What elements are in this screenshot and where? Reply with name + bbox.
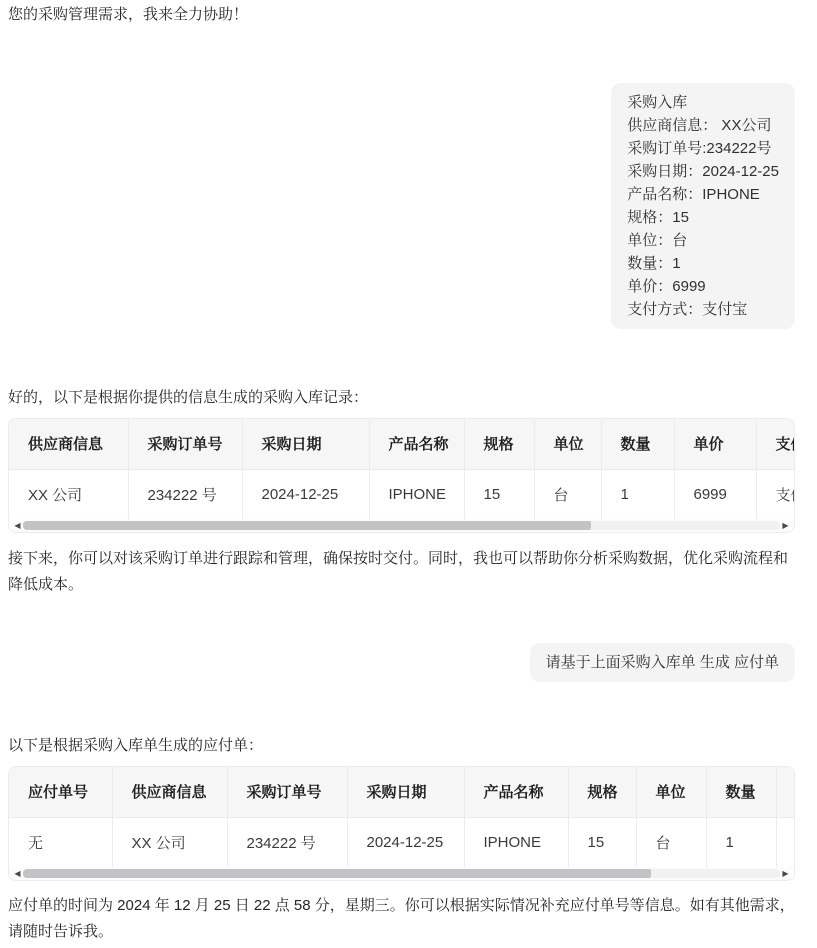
user-message-row: 采购入库供应商信息： XX公司采购订单号:234222号采购日期：2024-12… (8, 83, 795, 329)
table-cell: 234222 号 (128, 469, 242, 519)
chat-conversation: 您的采购管理需求，我来全力协助！ 采购入库供应商信息： XX公司采购订单号:23… (0, 0, 817, 945)
column-header: 规格 (568, 767, 636, 817)
table-cell: 2024-12-25 (347, 817, 464, 867)
table-cell: 台 (534, 469, 601, 519)
bubble-line: 支付方式：支付宝 (627, 298, 779, 321)
user-message-bubble-request-payable: 请基于上面采购入库单 生成 应付单 (530, 643, 795, 682)
column-header: 数量 (706, 767, 776, 817)
table-cell: 台 (636, 817, 706, 867)
table-cell: 支付宝 (756, 469, 794, 519)
bubble-line: 产品名称：IPHONE (627, 183, 779, 206)
column-header: 供应商信息 (112, 767, 227, 817)
scroll-right-icon[interactable]: ▶ (780, 519, 791, 532)
table-cell: 234222 号 (227, 817, 347, 867)
bubble-line: 单价：6999 (627, 275, 779, 298)
bubble-line: 数量：1 (627, 252, 779, 275)
scroll-right-icon[interactable]: ▶ (780, 867, 791, 880)
column-header: 产品名称 (464, 767, 568, 817)
scrollbar-thumb[interactable] (23, 521, 591, 530)
column-header: 采购日期 (242, 419, 369, 469)
bubble-line: 采购订单号:234222号 (627, 137, 779, 160)
table-cell: 15 (568, 817, 636, 867)
assistant-intro-message: 您的采购管理需求，我来全力协助！ (8, 4, 795, 26)
bubble-line: 采购日期：2024-12-25 (627, 160, 779, 183)
table-cell: XX 公司 (112, 817, 227, 867)
table-cell: 6999 (674, 469, 756, 519)
bubble-line: 规格：15 (627, 206, 779, 229)
scrollbar-thumb[interactable] (23, 869, 651, 878)
table-cell: 2024-12-25 (242, 469, 369, 519)
scroll-left-icon[interactable]: ◀ (12, 867, 23, 880)
horizontal-scrollbar[interactable]: ◀ ▶ (9, 867, 794, 880)
column-header: 数量 (601, 419, 674, 469)
column-header: 支付方式 (756, 419, 794, 469)
table-cell: 无 (9, 817, 112, 867)
payable-order-table: 应付单号供应商信息采购订单号采购日期产品名称规格单位数量单价无XX 公司2342… (8, 766, 795, 881)
assistant-reply2-intro: 以下是根据采购入库单生成的应付单： (8, 735, 795, 757)
table-cell: 6999 (776, 817, 794, 867)
scrollbar-track[interactable] (23, 521, 780, 530)
column-header: 应付单号 (9, 767, 112, 817)
table-cell: 1 (601, 469, 674, 519)
column-header: 单位 (636, 767, 706, 817)
column-header: 单价 (674, 419, 756, 469)
purchase-inbound-table: 供应商信息采购订单号采购日期产品名称规格单位数量单价支付方式XX 公司23422… (8, 418, 795, 533)
table-cell: XX 公司 (9, 469, 128, 519)
table-cell: IPHONE (464, 817, 568, 867)
table-cell: 15 (464, 469, 534, 519)
table-cell: 1 (706, 817, 776, 867)
bubble-line: 供应商信息： XX公司 (627, 114, 779, 137)
column-header: 产品名称 (369, 419, 464, 469)
bubble-line: 单位：台 (627, 229, 779, 252)
column-header: 采购日期 (347, 767, 464, 817)
column-header: 单价 (776, 767, 794, 817)
horizontal-scrollbar[interactable]: ◀ ▶ (9, 519, 794, 532)
user-message-row: 请基于上面采购入库单 生成 应付单 (8, 643, 795, 682)
assistant-reply1-intro: 好的，以下是根据你提供的信息生成的采购入库记录： (8, 387, 795, 409)
purchase-inbound-table-grid: 供应商信息采购订单号采购日期产品名称规格单位数量单价支付方式XX 公司23422… (9, 419, 794, 519)
column-header: 规格 (464, 419, 534, 469)
bubble-line: 采购入库 (627, 91, 779, 114)
scrollbar-track[interactable] (23, 869, 780, 878)
assistant-reply2-outro: 应付单的时间为 2024 年 12 月 25 日 22 点 58 分，星期三。你… (8, 893, 795, 945)
assistant-reply1-outro: 接下来，你可以对该采购订单进行跟踪和管理，确保按时交付。同时，我也可以帮助你分析… (8, 546, 795, 598)
column-header: 单位 (534, 419, 601, 469)
table-cell: IPHONE (369, 469, 464, 519)
column-header: 采购订单号 (128, 419, 242, 469)
column-header: 采购订单号 (227, 767, 347, 817)
column-header: 供应商信息 (9, 419, 128, 469)
table-row: 无XX 公司234222 号2024-12-25IPHONE15台16999 (9, 817, 794, 867)
table-row: XX 公司234222 号2024-12-25IPHONE15台16999支付宝 (9, 469, 794, 519)
scroll-left-icon[interactable]: ◀ (12, 519, 23, 532)
user-message-bubble-purchase-info: 采购入库供应商信息： XX公司采购订单号:234222号采购日期：2024-12… (611, 83, 795, 329)
payable-order-table-grid: 应付单号供应商信息采购订单号采购日期产品名称规格单位数量单价无XX 公司2342… (9, 767, 794, 867)
